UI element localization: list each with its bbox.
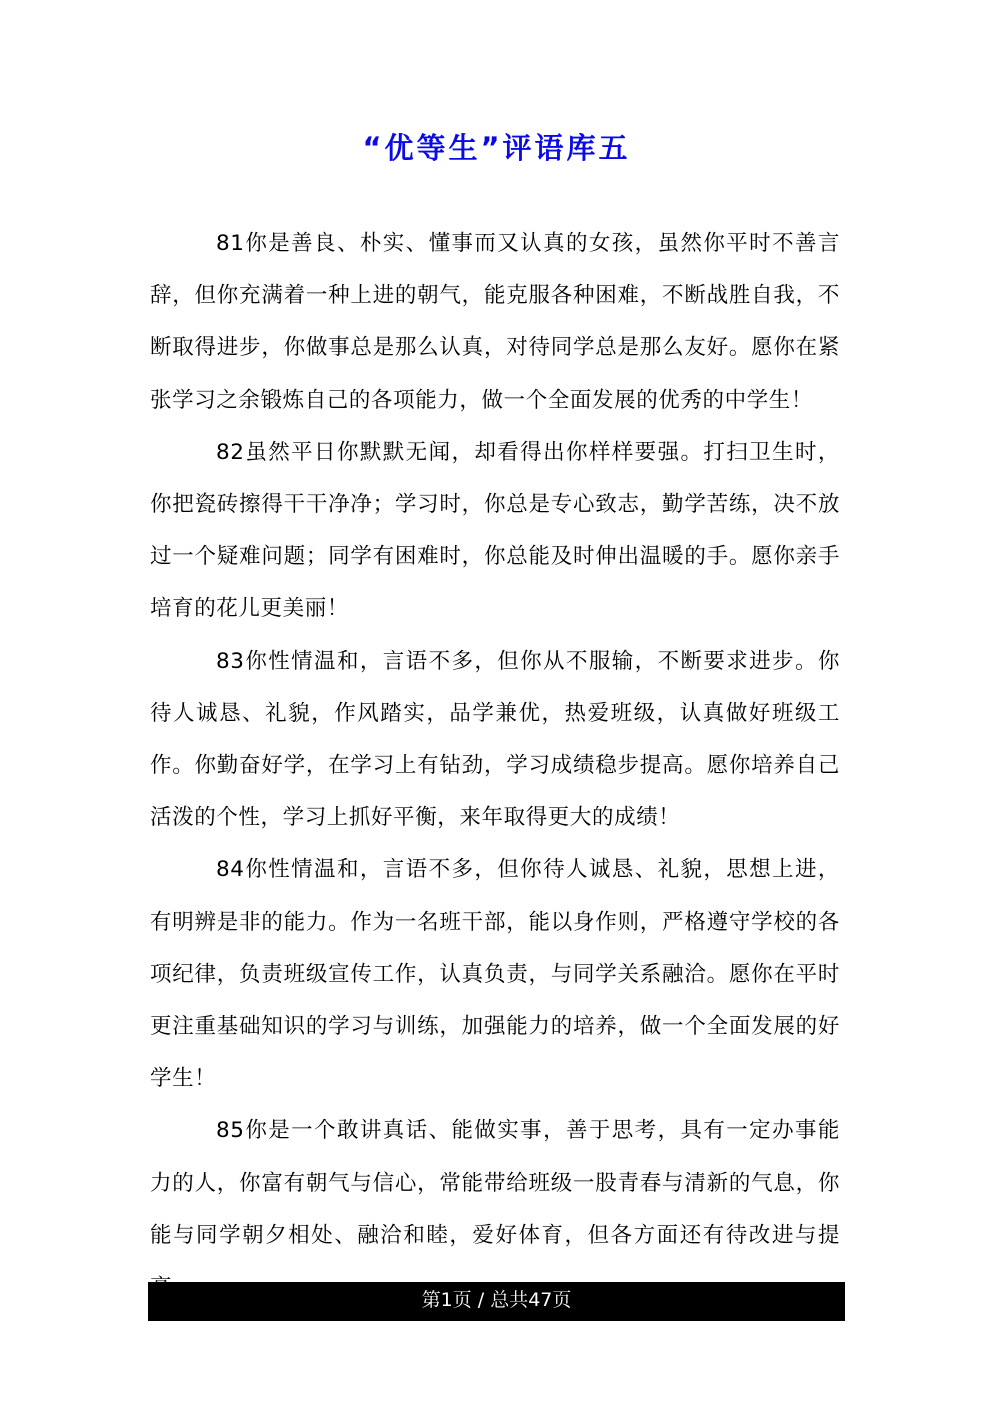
comment-paragraph-83: 83你性情温和，言语不多，但你从不服输，不断要求进步。你待人诚恳、礼貌，作风踏实… <box>150 636 840 845</box>
document-page: “优等生”评语库五 81你是善良、朴实、懂事而又认真的女孩，虽然你平时不善言辞，… <box>0 0 993 1404</box>
page-indicator-bar: 第1页 / 总共47页 <box>148 1282 845 1321</box>
comment-paragraph-82: 82虽然平日你默默无闻，却看得出你样样要强。打扫卫生时，你把瓷砖擦得干干净净；学… <box>150 427 840 636</box>
document-body: 81你是善良、朴实、懂事而又认真的女孩，虽然你平时不善言辞，但你充满着一种上进的… <box>150 218 840 1314</box>
comment-paragraph-81: 81你是善良、朴实、懂事而又认真的女孩，虽然你平时不善言辞，但你充满着一种上进的… <box>150 218 840 427</box>
comment-paragraph-84: 84你性情温和，言语不多，但你待人诚恳、礼貌，思想上进，有明辨是非的能力。作为一… <box>150 844 840 1105</box>
page-indicator-text: 第1页 / 总共47页 <box>422 1285 572 1312</box>
document-title: “优等生”评语库五 <box>0 128 993 168</box>
